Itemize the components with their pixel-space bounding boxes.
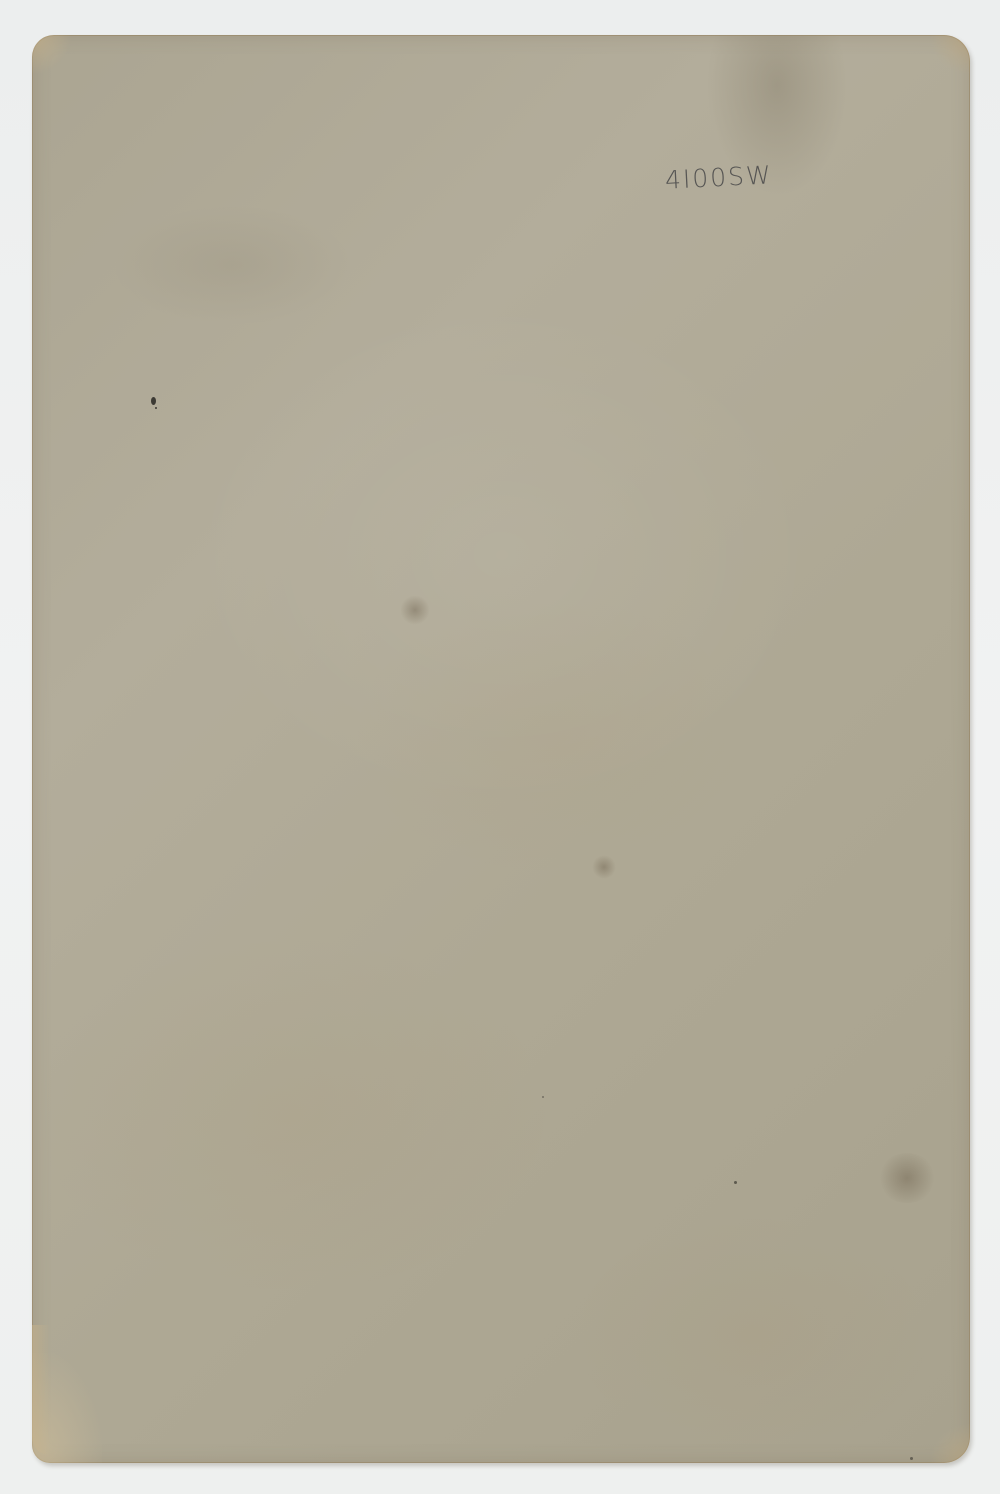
pencil-annotation: 4I00SW bbox=[664, 160, 773, 195]
frayed-left-edge bbox=[32, 1325, 50, 1455]
foxing-stain bbox=[400, 595, 430, 625]
worn-corner-bottom-right bbox=[930, 1423, 970, 1463]
cabinet-card-back: 4I00SW bbox=[32, 35, 970, 1463]
foxing-stain bbox=[592, 855, 616, 879]
dust-speck bbox=[910, 1457, 913, 1460]
ink-speck bbox=[155, 407, 157, 409]
foxing-stain bbox=[877, 1153, 937, 1203]
worn-corner-top-right bbox=[930, 35, 970, 75]
dust-speck bbox=[542, 1096, 544, 1098]
dust-speck bbox=[734, 1181, 737, 1184]
scanner-background: 4I00SW bbox=[0, 0, 1000, 1494]
worn-corner-top-left bbox=[32, 35, 72, 75]
ink-speck bbox=[151, 397, 156, 405]
